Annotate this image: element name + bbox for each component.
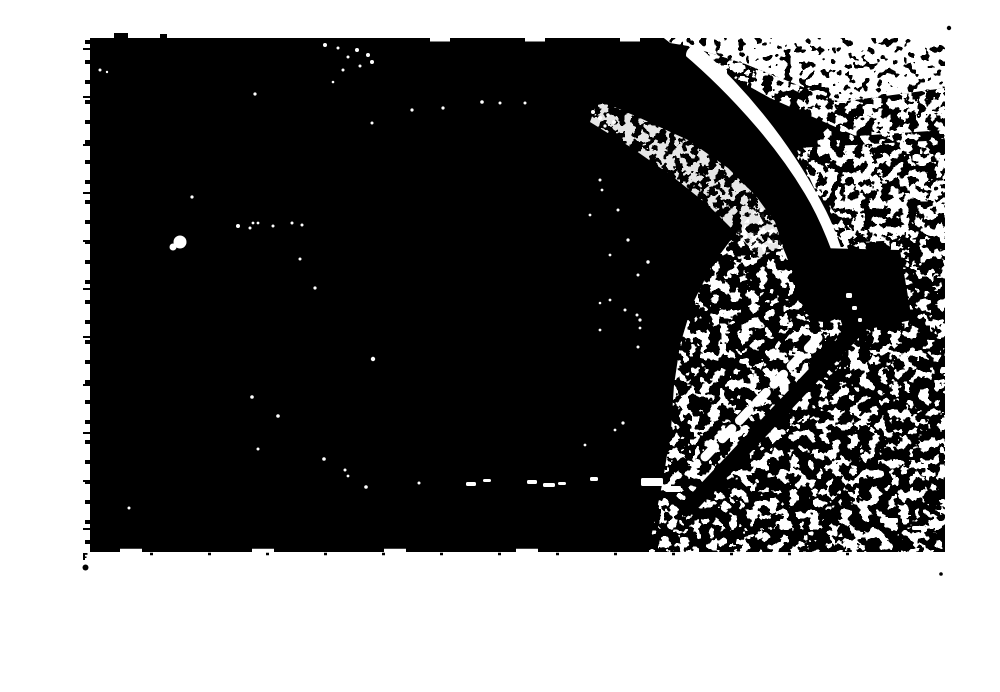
speckle-dot bbox=[617, 209, 620, 212]
speckle-dot bbox=[370, 60, 374, 64]
speckle-dot bbox=[614, 429, 617, 432]
speckle-dot bbox=[601, 189, 604, 192]
speckle-dot bbox=[347, 475, 350, 478]
speckle-dot bbox=[624, 309, 627, 312]
speckle-dot bbox=[301, 224, 304, 227]
speckle-dot bbox=[236, 224, 240, 228]
speckle-dot bbox=[299, 258, 302, 261]
speckle-dot bbox=[621, 421, 624, 424]
speckle-dot bbox=[524, 102, 527, 105]
speckle-dot bbox=[637, 274, 640, 277]
speckle-dot bbox=[441, 106, 444, 109]
left-edge-ticks bbox=[87, 40, 88, 552]
shore-dash bbox=[852, 306, 857, 310]
speckle-dot bbox=[410, 108, 413, 111]
speckle-dot bbox=[599, 179, 602, 182]
speckle-dot bbox=[170, 244, 177, 251]
speckle-dot bbox=[323, 43, 327, 47]
scanned-page bbox=[0, 0, 1000, 692]
speckle-dot bbox=[272, 225, 275, 228]
speckle-dot bbox=[418, 482, 421, 485]
speckle-dot bbox=[344, 469, 347, 472]
speckle-dot bbox=[606, 113, 610, 117]
speckle-dot bbox=[584, 444, 587, 447]
speckle-dot bbox=[342, 69, 345, 72]
scan-fleck-top-right bbox=[947, 26, 951, 30]
top-edge-nub-2 bbox=[160, 34, 167, 39]
speckle-dot bbox=[249, 227, 252, 230]
speckle-dot bbox=[603, 124, 606, 127]
speckle-dot bbox=[612, 120, 616, 124]
speckle-dot bbox=[366, 53, 370, 57]
shore-dash bbox=[483, 479, 491, 482]
speckle-dot bbox=[599, 302, 602, 305]
speckle-dot bbox=[355, 48, 359, 52]
speckle-dot bbox=[589, 214, 592, 217]
speckle-dot bbox=[364, 485, 368, 489]
speckle-dot bbox=[347, 56, 350, 59]
shore-dash bbox=[665, 486, 681, 492]
speckle-dot bbox=[99, 69, 102, 72]
speckle-dot bbox=[599, 329, 602, 332]
speckle-dot bbox=[591, 110, 595, 114]
photograph bbox=[90, 38, 945, 552]
speckle-dot bbox=[371, 122, 374, 125]
shore-dash bbox=[558, 482, 566, 485]
speckle-dot bbox=[636, 314, 639, 317]
scan-mark-bottom-left bbox=[83, 553, 88, 560]
scan-dot-bottom-right bbox=[939, 572, 943, 576]
speckle-dot bbox=[638, 318, 641, 321]
speckle-dot bbox=[332, 81, 335, 84]
shore-dash bbox=[466, 482, 476, 486]
speckle-dot bbox=[276, 414, 280, 418]
shore-dash bbox=[846, 293, 852, 298]
speckle-dot bbox=[252, 222, 255, 225]
shore-dash bbox=[641, 478, 663, 486]
speckle-dot bbox=[499, 102, 502, 105]
speckle-dot bbox=[359, 65, 362, 68]
scan-dot-bottom-left bbox=[83, 565, 89, 571]
shore-dash bbox=[880, 518, 898, 523]
shore-dash bbox=[912, 526, 926, 530]
shore-dash bbox=[527, 480, 537, 484]
speckle-dot bbox=[106, 71, 108, 73]
photo-canvas bbox=[0, 0, 1000, 692]
top-edge-nub bbox=[114, 33, 128, 39]
speckle-dot bbox=[250, 395, 254, 399]
speckle-dot bbox=[609, 254, 612, 257]
speckle-dot bbox=[480, 100, 484, 104]
speckle-dot bbox=[291, 222, 294, 225]
speckle-dot bbox=[322, 457, 326, 461]
shore-dash bbox=[590, 477, 598, 481]
speckle-dot bbox=[637, 346, 640, 349]
speckle-dot bbox=[371, 357, 375, 361]
speckle-dot bbox=[190, 195, 193, 198]
speckle-dot bbox=[257, 448, 260, 451]
speckle-dot bbox=[626, 238, 629, 241]
speckle-dot bbox=[257, 222, 260, 225]
speckle-dot bbox=[337, 47, 340, 50]
shore-dash bbox=[858, 318, 862, 322]
speckle-dot bbox=[609, 299, 612, 302]
speckle-dot bbox=[646, 260, 649, 263]
speckle-dot bbox=[313, 286, 316, 289]
speckle-dot bbox=[639, 327, 642, 330]
shore-dash bbox=[543, 483, 555, 487]
speckle-dot bbox=[598, 116, 602, 120]
speckle-dot bbox=[253, 92, 256, 95]
speckle-dot bbox=[128, 507, 131, 510]
